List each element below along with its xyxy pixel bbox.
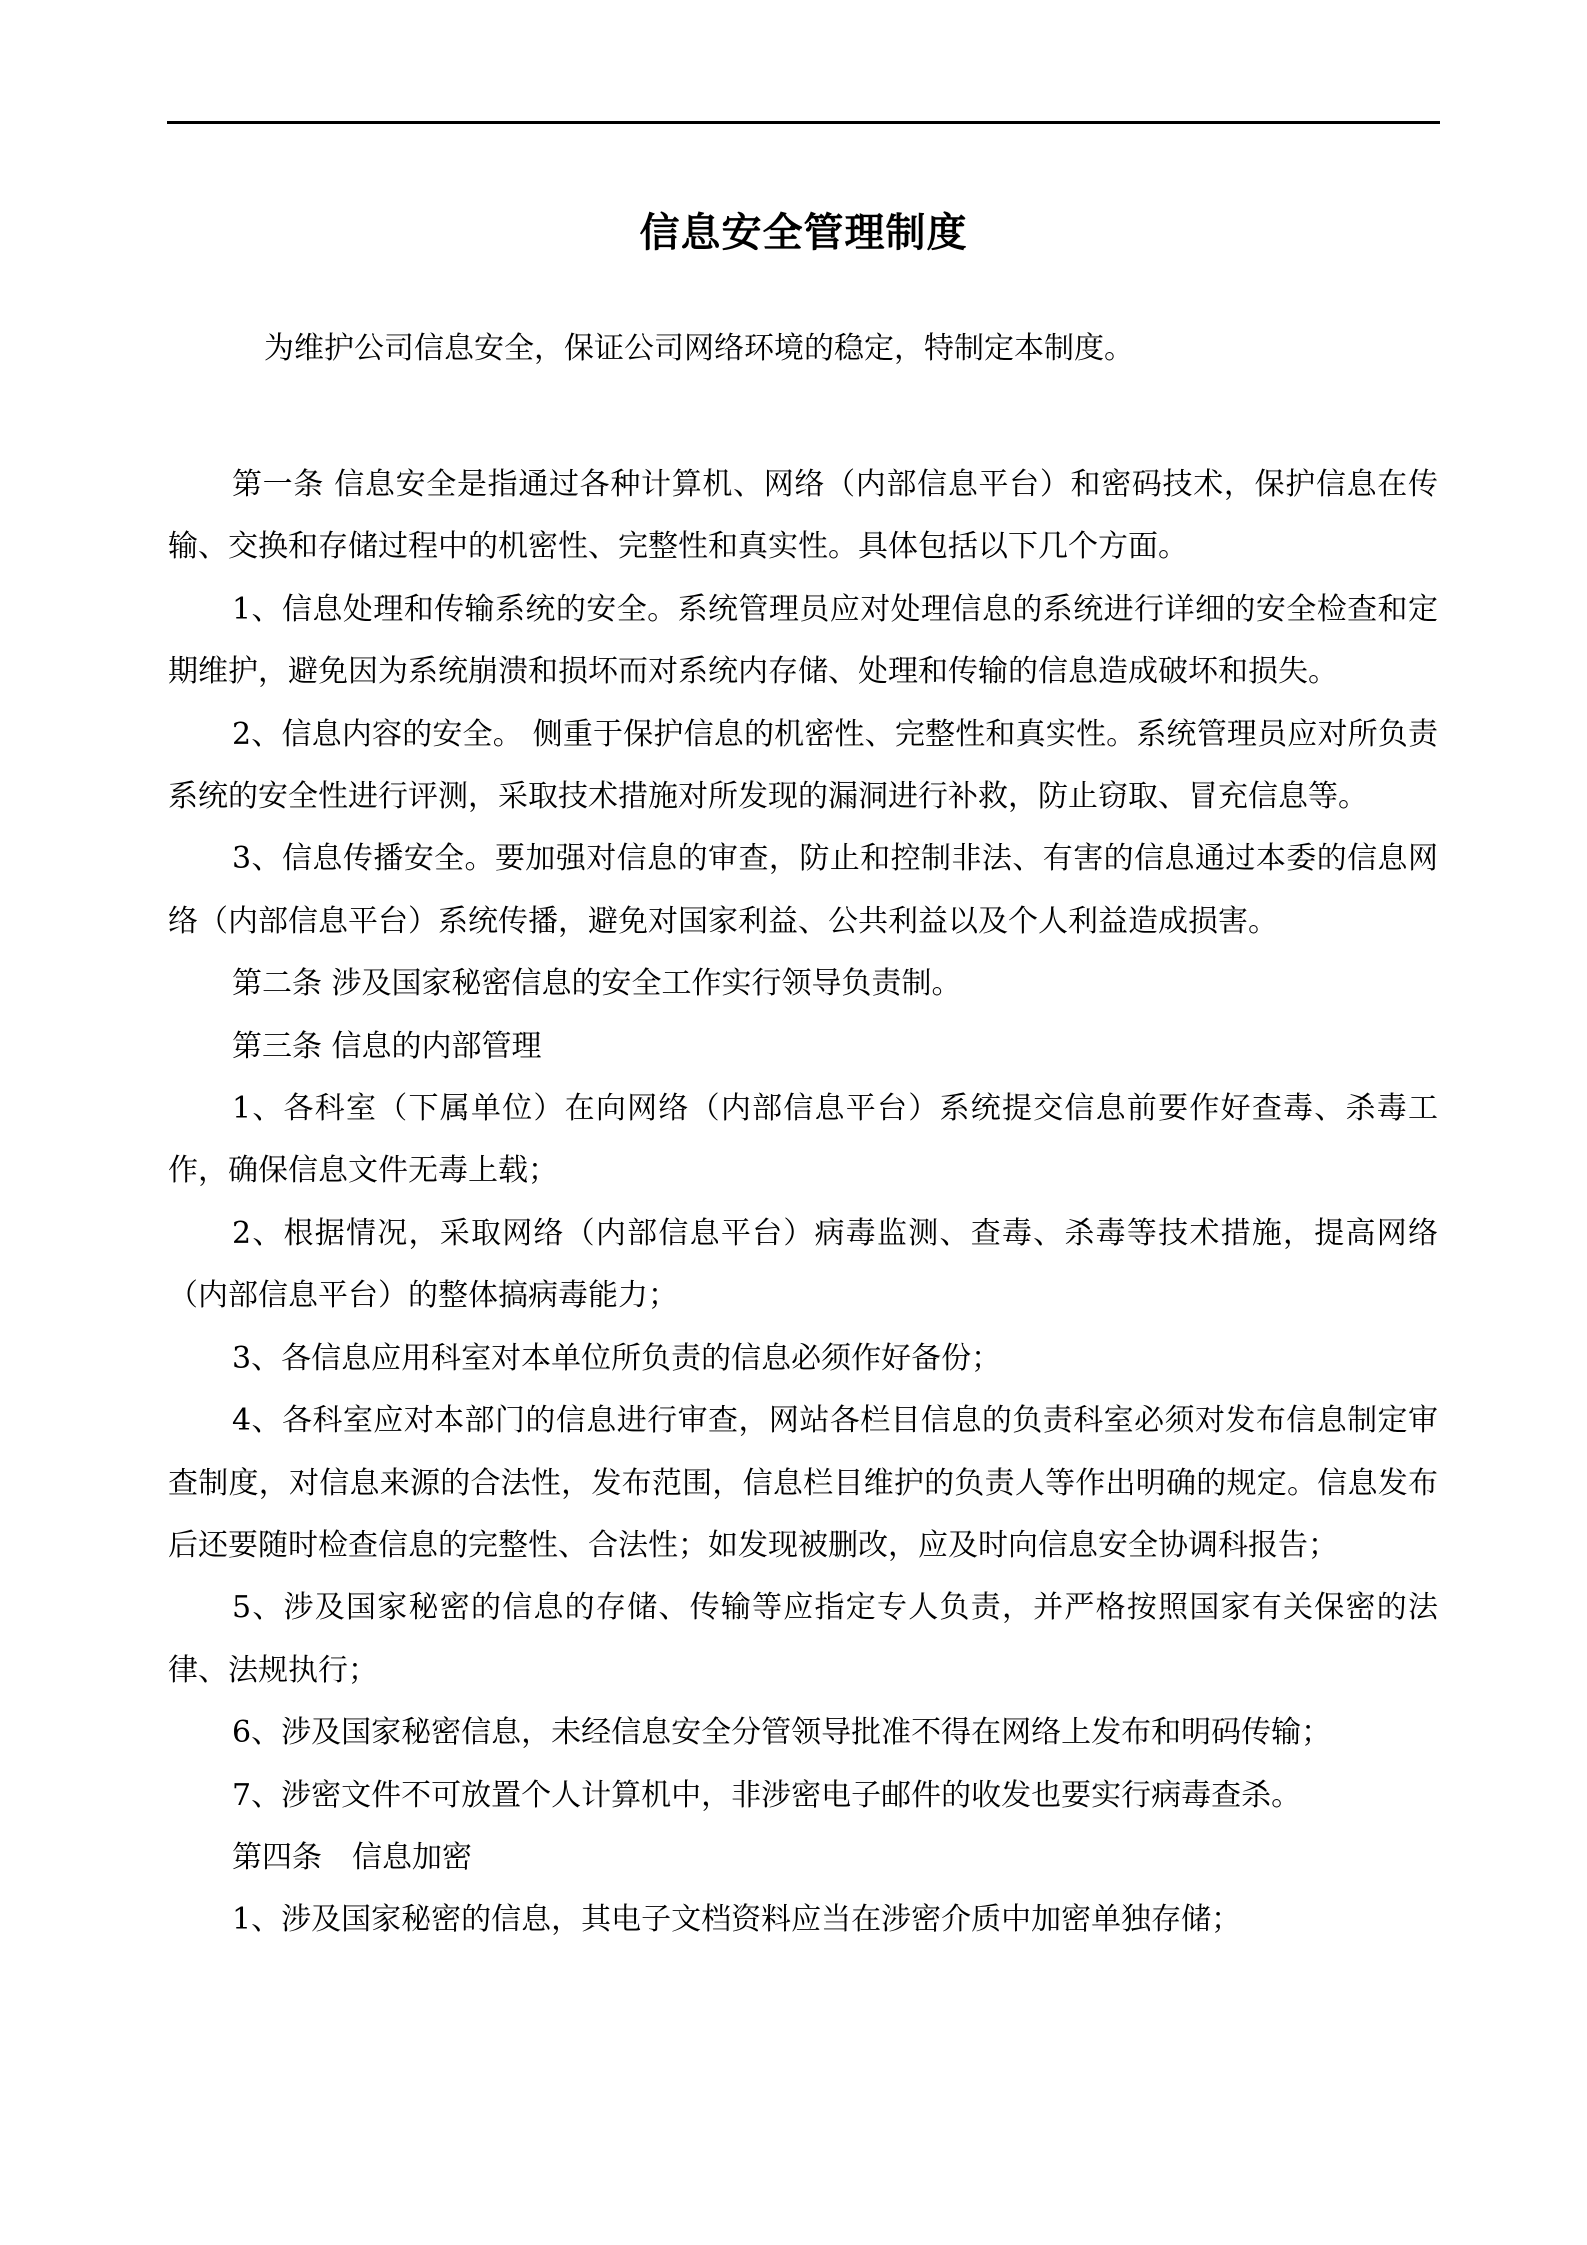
article-3-item-5: 5、涉及国家秘密的信息的存储、传输等应指定专人负责，并严格按照国家有关保密的法律… <box>168 1577 1438 1702</box>
article-1: 第一条 信息安全是指通过各种计算机、网络（内部信息平台）和密码技术，保护信息在传… <box>168 454 1438 579</box>
article-2: 第二条 涉及国家秘密信息的安全工作实行领导负责制。 <box>168 953 1438 1015</box>
document-title: 信息安全管理制度 <box>0 206 1587 260</box>
article-3-item-6: 6、涉及国家秘密信息，未经信息安全分管领导批准不得在网络上发布和明码传输； <box>168 1702 1438 1764</box>
article-3-item-3: 3、各信息应用科室对本单位所负责的信息必须作好备份； <box>168 1328 1438 1390</box>
article-4-heading: 第四条 信息加密 <box>168 1827 1438 1889</box>
article-3-item-1: 1、各科室（下属单位）在向网络（内部信息平台）系统提交信息前要作好查毒、杀毒工作… <box>168 1078 1438 1203</box>
article-3-item-4: 4、各科室应对本部门的信息进行审查，网站各栏目信息的负责科室必须对发布信息制定审… <box>168 1390 1438 1577</box>
header-rule <box>167 121 1440 124</box>
article-1-item-2: 2、信息内容的安全。 侧重于保护信息的机密性、完整性和真实性。系统管理员应对所负… <box>168 704 1438 829</box>
document-body: 第一条 信息安全是指通过各种计算机、网络（内部信息平台）和密码技术，保护信息在传… <box>168 454 1438 1952</box>
article-3-item-7: 7、涉密文件不可放置个人计算机中，非涉密电子邮件的收发也要实行病毒查杀。 <box>168 1765 1438 1827</box>
article-1-item-1: 1、信息处理和传输系统的安全。系统管理员应对处理信息的系统进行详细的安全检查和定… <box>168 579 1438 704</box>
article-4-item-1: 1、涉及国家秘密的信息，其电子文档资料应当在涉密介质中加密单独存储； <box>168 1889 1438 1951</box>
article-3-item-2: 2、根据情况，采取网络（内部信息平台）病毒监测、查毒、杀毒等技术措施，提高网络（… <box>168 1203 1438 1328</box>
intro-paragraph: 为维护公司信息安全，保证公司网络环境的稳定，特制定本制度。 <box>264 329 1134 369</box>
article-3-heading: 第三条 信息的内部管理 <box>168 1016 1438 1078</box>
article-1-item-3: 3、信息传播安全。要加强对信息的审查，防止和控制非法、有害的信息通过本委的信息网… <box>168 828 1438 953</box>
